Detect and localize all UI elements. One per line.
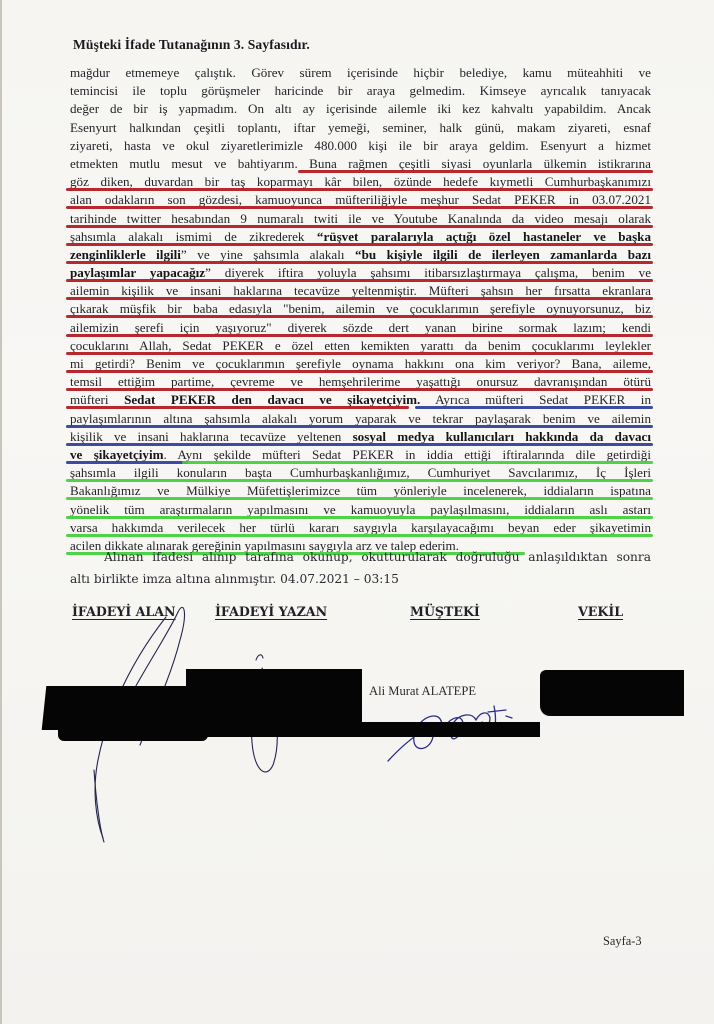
text-segment: Esenyurt halkından çeşitli toplantı, ift… — [70, 120, 651, 135]
text-segment: ailemizin şerefi için yaşıyoruz" diyerek… — [70, 320, 651, 335]
page-number: Sayfa-3 — [603, 934, 642, 949]
body-line: çocuklarını Allah, Sedat PEKER e özel et… — [70, 337, 651, 355]
label-statement-writer: İFADEYİ YAZAN — [215, 604, 327, 619]
body-line: paylaşımlarının altına şahsımla alakalı … — [70, 410, 651, 428]
document-title: Müşteki İfade Tutanağının 3. Sayfasıdır. — [73, 37, 310, 53]
body-line: ziyareti, hasta ve okul ziyaretlerimizle… — [70, 137, 651, 155]
body-line: ailemizin şerefi için yaşıyoruz" diyerek… — [70, 319, 651, 337]
text-segment: varsa hakkımda verilecek her türlü karar… — [70, 520, 651, 535]
body-line: şahsımla alakalı ismimi de zikrederek “r… — [70, 228, 651, 246]
text-segment: mağdur etmemeye çalıştık. Görev sürem iç… — [70, 65, 651, 80]
text-segment: ” ve yine şahsımla alakalı — [181, 247, 355, 262]
text-segment: temincisi ile toplu görüşmeler haricinde… — [70, 83, 651, 98]
label-attorney: VEKİL — [578, 604, 623, 619]
text-segment: etmekten mutlu mesut ve bahtiyarım. Buna… — [70, 156, 651, 171]
text-segment: ” diyerek iftira yoluyla şahsımı itibars… — [205, 265, 651, 280]
signature-labels: İFADEYİ ALAN İFADEYİ YAZAN MÜŞTEKİ VEKİL — [0, 604, 714, 628]
body-line: mağdur etmemeye çalıştık. Görev sürem iç… — [70, 64, 651, 82]
body-line: alan odakların son gözdesi, kamuoyunca m… — [70, 191, 651, 209]
body-line: kişilik ve insani haklarına tecavüze yel… — [70, 428, 651, 446]
body-line: zenginliklerle ilgili” ve yine şahsımla … — [70, 246, 651, 264]
text-segment: şahsımla alakalı ismimi de zikrederek — [70, 229, 317, 244]
label-complainant: MÜŞTEKİ — [410, 604, 480, 619]
text-segment: tarihinde twitter hesabından 9 numaralı … — [70, 211, 651, 226]
text-segment: yönelik tüm araştırmaların yapılmasını v… — [70, 502, 651, 517]
complainant-name: Ali Murat ALATEPE — [369, 684, 476, 699]
text-segment: paylaşımlarının altına şahsımla alakalı … — [70, 411, 651, 426]
text-segment: şahsımla ilgili konuların başta Cumhurba… — [70, 465, 651, 480]
bold-text-segment: paylaşımlar yapacağız — [70, 265, 205, 280]
body-line: Esenyurt halkından çeşitli toplantı, ift… — [70, 119, 651, 137]
body-line: temsil ettiğim partime, çevreme ve hemşe… — [70, 373, 651, 391]
signature-complainant-redacted — [362, 722, 540, 737]
text-segment: . Aynı şekilde müfteri Sedat PEKER in id… — [164, 447, 651, 462]
body-line: şahsımla ilgili konuların başta Cumhurba… — [70, 464, 651, 482]
body-line: göz diken, duvardan bir taş koparmayı kâ… — [70, 173, 651, 191]
page-edge — [0, 0, 2, 1024]
body-line: Bakanlığımız ve Mülkiye Müfettişlerimizc… — [70, 482, 651, 500]
text-segment: temsil ettiğim partime, çevreme ve hemşe… — [70, 374, 651, 389]
closing-line-1: Alınan ifadesi alınıp tarafına okunup, o… — [70, 546, 651, 568]
text-segment: Ayrıca müfteri Sedat PEKER in — [420, 392, 651, 407]
text-segment: çıkarak müşfik bir baba edasıyla "benim,… — [70, 301, 651, 316]
signature-writer-redacted — [186, 669, 362, 737]
bold-text-segment: ve şikayetçiyim — [70, 447, 164, 462]
body-line: değer de bir iş yapmadım. On altı ay içe… — [70, 100, 651, 118]
body-line: müfteri Sedat PEKER den davacı ve şikaye… — [70, 391, 651, 409]
text-segment: alan odakların son gözdesi, kamuoyunca m… — [70, 192, 651, 207]
text-segment: kişilik ve insani haklarına tecavüze yel… — [70, 429, 353, 444]
text-segment: Bakanlığımız ve Mülkiye Müfettişlerimizc… — [70, 483, 651, 498]
statement-body: mağdur etmemeye çalıştık. Görev sürem iç… — [70, 64, 651, 555]
text-segment: mi getirdi? Benim ve çocuklarımın şerefi… — [70, 356, 651, 371]
text-segment: çocuklarını Allah, Sedat PEKER e özel et… — [70, 338, 651, 353]
signature-attorney-redacted — [540, 670, 684, 716]
text-segment: ziyareti, hasta ve okul ziyaretlerimizle… — [70, 138, 651, 153]
body-line: mi getirdi? Benim ve çocuklarımın şerefi… — [70, 355, 651, 373]
text-segment: değer de bir iş yapmadım. On altı ay içe… — [70, 101, 651, 116]
closing-line-2: altı birlikte imza altına alınmıştır. 04… — [70, 568, 651, 590]
bold-text-segment: “rüşvet paralarıyla açtığı özel hastanel… — [317, 229, 651, 244]
body-line: temincisi ile toplu görüşmeler haricinde… — [70, 82, 651, 100]
bold-text-segment: Sedat PEKER den davacı ve şikayetçiyim. — [124, 392, 420, 407]
text-segment: göz diken, duvardan bir taş koparmayı kâ… — [70, 174, 651, 189]
body-line: ve şikayetçiyim. Aynı şekilde müfteri Se… — [70, 446, 651, 464]
bold-text-segment: sosyal medya kullanıcıları hakkında da d… — [353, 429, 651, 444]
label-statement-taker: İFADEYİ ALAN — [72, 604, 176, 619]
body-line: paylaşımlar yapacağız” diyerek iftira yo… — [70, 264, 651, 282]
text-segment: ailemin kişilik ve insani haklarına teca… — [70, 283, 651, 298]
body-line: tarihinde twitter hesabından 9 numaralı … — [70, 210, 651, 228]
body-line: ailemin kişilik ve insani haklarına teca… — [70, 282, 651, 300]
closing-statement: Alınan ifadesi alınıp tarafına okunup, o… — [70, 546, 651, 590]
body-line: çıkarak müşfik bir baba edasıyla "benim,… — [70, 300, 651, 318]
text-segment: müfteri — [70, 392, 124, 407]
bold-text-segment: “bu kişiyle ilgili de ilerleyen zamanlar… — [355, 247, 651, 262]
bold-text-segment: zenginliklerle ilgili — [70, 247, 181, 262]
body-line: yönelik tüm araştırmaların yapılmasını v… — [70, 501, 651, 519]
body-line: varsa hakkımda verilecek her türlü karar… — [70, 519, 651, 537]
scanned-document-page: Müşteki İfade Tutanağının 3. Sayfasıdır.… — [0, 0, 714, 1024]
body-line: etmekten mutlu mesut ve bahtiyarım. Buna… — [70, 155, 651, 173]
